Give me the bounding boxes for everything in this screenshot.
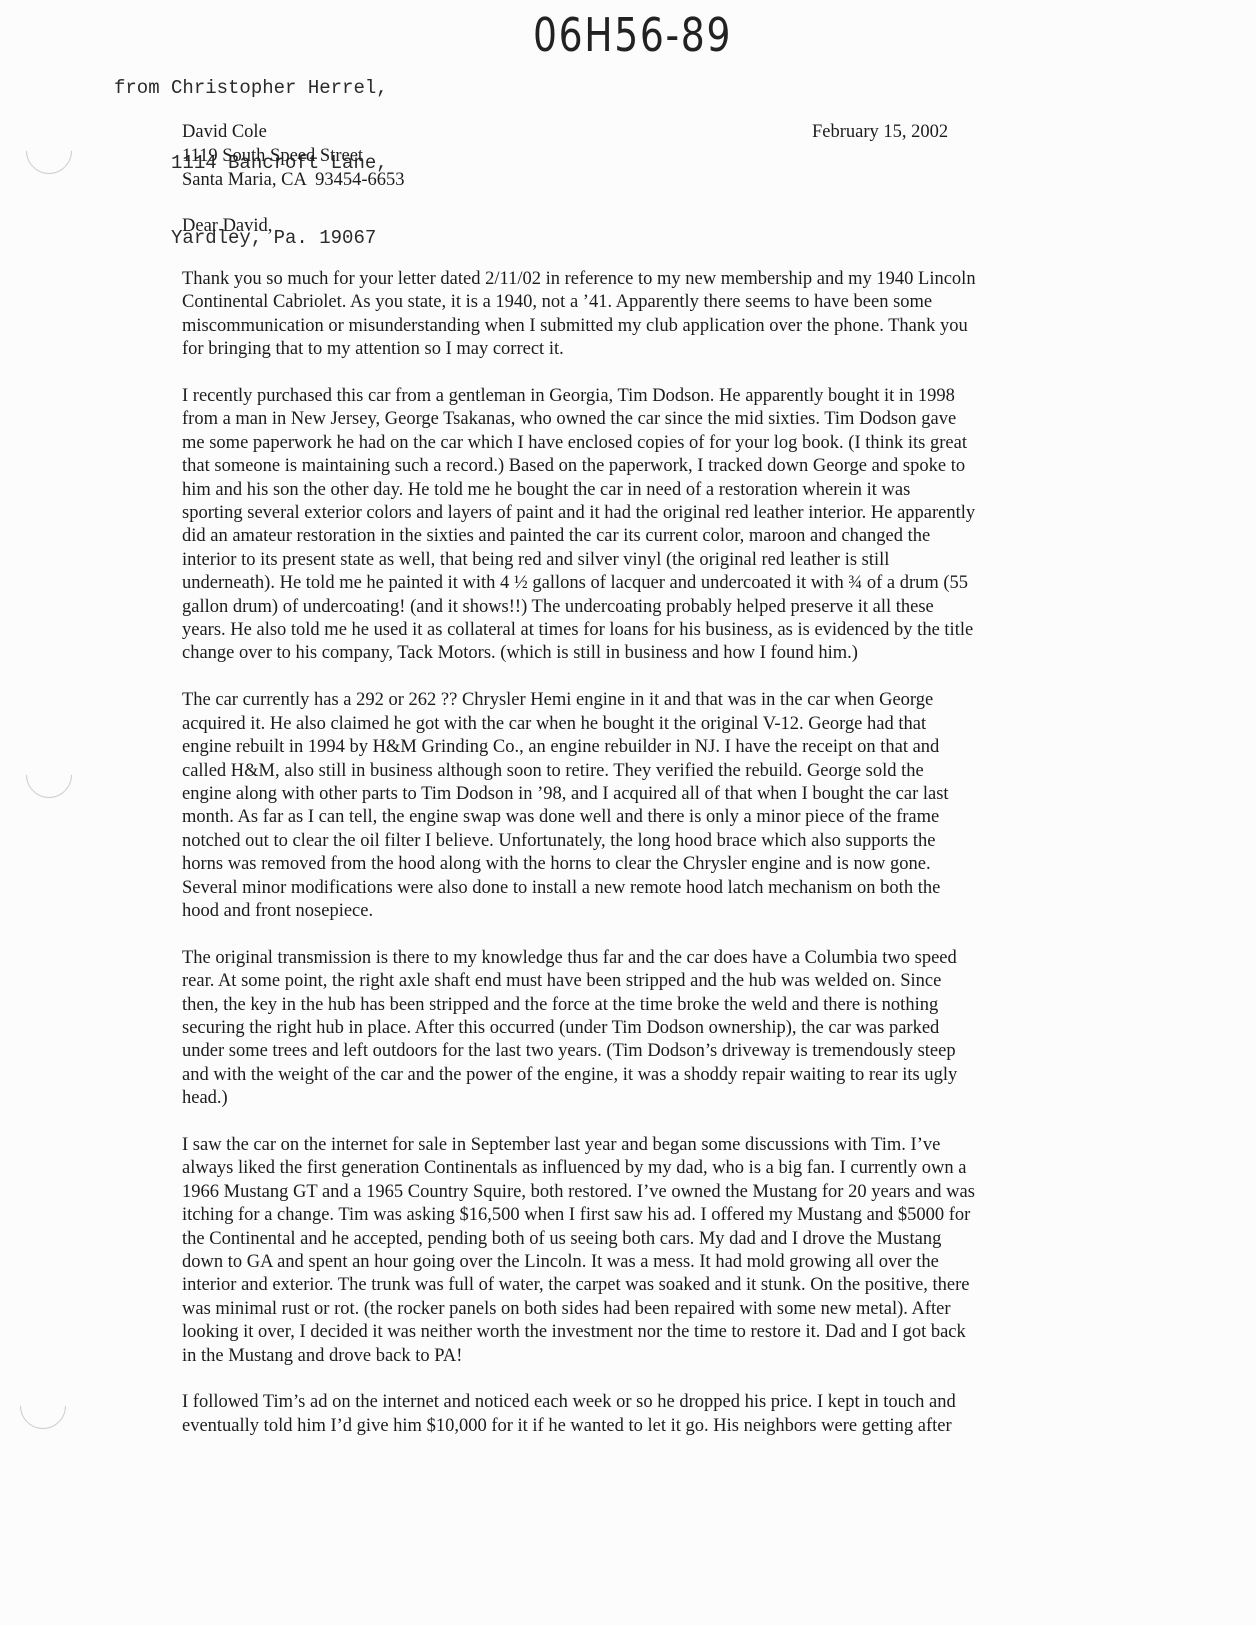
body-line: I recently purchased this car from a gen… xyxy=(182,385,1082,408)
body-line: looking it over, I decided it was neithe… xyxy=(182,1321,1082,1344)
body-line: that someone is maintaining such a recor… xyxy=(182,455,1082,478)
body-paragraph: I saw the car on the internet for sale i… xyxy=(182,1134,1082,1368)
body-line: for bringing that to my attention so I m… xyxy=(182,338,1082,361)
body-line: Several minor modifications were also do… xyxy=(182,877,1082,900)
body-line: hood and front nosepiece. xyxy=(182,900,1082,923)
body-line: called H&M, also still in business altho… xyxy=(182,760,1082,783)
body-line: eventually told him I’d give him $10,000… xyxy=(182,1415,1082,1438)
body-line: him and his son the other day. He told m… xyxy=(182,479,1082,502)
body-line: rear. At some point, the right axle shaf… xyxy=(182,970,1082,993)
body-line: in the Mustang and drove back to PA! xyxy=(182,1345,1082,1368)
body-line: always liked the first generation Contin… xyxy=(182,1157,1082,1180)
body-line: and with the weight of the car and the p… xyxy=(182,1064,1082,1087)
hole-punch-mark-top xyxy=(16,118,81,183)
salutation: Dear David, xyxy=(182,216,272,237)
body-line: the Continental and he accepted, pending… xyxy=(182,1228,1082,1251)
hole-punch-mark-bottom xyxy=(10,1373,75,1438)
body-line: from a man in New Jersey, George Tsakana… xyxy=(182,408,1082,431)
body-line: head.) xyxy=(182,1087,1082,1110)
body-paragraph: The car currently has a 292 or 262 ?? Ch… xyxy=(182,689,1082,923)
body-line: Continental Cabriolet. As you state, it … xyxy=(182,291,1082,314)
body-line: did an amateur restoration in the sixtie… xyxy=(182,525,1082,548)
handwritten-file-number: 06H56-89 xyxy=(533,8,732,62)
recipient-address-block: David Cole 1119 South Speed Street Santa… xyxy=(182,120,405,192)
body-line: miscommunication or misunderstanding whe… xyxy=(182,315,1082,338)
hole-punch-mark-middle xyxy=(16,742,81,807)
body-line: change over to his company, Tack Motors.… xyxy=(182,642,1082,665)
body-line: horns was removed from the hood along wi… xyxy=(182,853,1082,876)
sender-line: from Christopher Herrel, xyxy=(114,76,388,101)
body-paragraph: I recently purchased this car from a gen… xyxy=(182,385,1082,666)
body-line: 1966 Mustang GT and a 1965 Country Squir… xyxy=(182,1181,1082,1204)
body-line: me some paperwork he had on the car whic… xyxy=(182,432,1082,455)
body-line: was minimal rust or rot. (the rocker pan… xyxy=(182,1298,1082,1321)
letter-body: Thank you so much for your letter dated … xyxy=(182,268,1082,1462)
body-line: engine rebuilt in 1994 by H&M Grinding C… xyxy=(182,736,1082,759)
body-paragraph: I followed Tim’s ad on the internet and … xyxy=(182,1391,1082,1438)
body-paragraph: The original transmission is there to my… xyxy=(182,947,1082,1111)
body-line: The car currently has a 292 or 262 ?? Ch… xyxy=(182,689,1082,712)
body-line: itching for a change. Tim was asking $16… xyxy=(182,1204,1082,1227)
body-line: interior and exterior. The trunk was ful… xyxy=(182,1274,1082,1297)
body-line: years. He also told me he used it as col… xyxy=(182,619,1082,642)
body-line: securing the right hub in place. After t… xyxy=(182,1017,1082,1040)
body-line: gallon drum) of undercoating! (and it sh… xyxy=(182,596,1082,619)
recipient-line: David Cole xyxy=(182,120,405,144)
scanned-letter-page: from Christopher Herrel, 1114 Bancroft L… xyxy=(0,0,1256,1625)
body-paragraph: Thank you so much for your letter dated … xyxy=(182,268,1082,362)
body-line: down to GA and spent an hour going over … xyxy=(182,1251,1082,1274)
body-line: month. As far as I can tell, the engine … xyxy=(182,806,1082,829)
body-line: acquired it. He also claimed he got with… xyxy=(182,713,1082,736)
body-line: Thank you so much for your letter dated … xyxy=(182,268,1082,291)
letter-date: February 15, 2002 xyxy=(812,122,948,143)
body-line: interior to its present state as well, t… xyxy=(182,549,1082,572)
body-line: I saw the car on the internet for sale i… xyxy=(182,1134,1082,1157)
body-line: sporting several exterior colors and lay… xyxy=(182,502,1082,525)
body-line: under some trees and left outdoors for t… xyxy=(182,1040,1082,1063)
body-line: The original transmission is there to my… xyxy=(182,947,1082,970)
body-line: I followed Tim’s ad on the internet and … xyxy=(182,1391,1082,1414)
body-line: notched out to clear the oil filter I be… xyxy=(182,830,1082,853)
recipient-line: 1119 South Speed Street xyxy=(182,144,405,168)
body-line: engine along with other parts to Tim Dod… xyxy=(182,783,1082,806)
body-line: then, the key in the hub has been stripp… xyxy=(182,994,1082,1017)
body-line: underneath). He told me he painted it wi… xyxy=(182,572,1082,595)
recipient-line: Santa Maria, CA 93454-6653 xyxy=(182,168,405,192)
